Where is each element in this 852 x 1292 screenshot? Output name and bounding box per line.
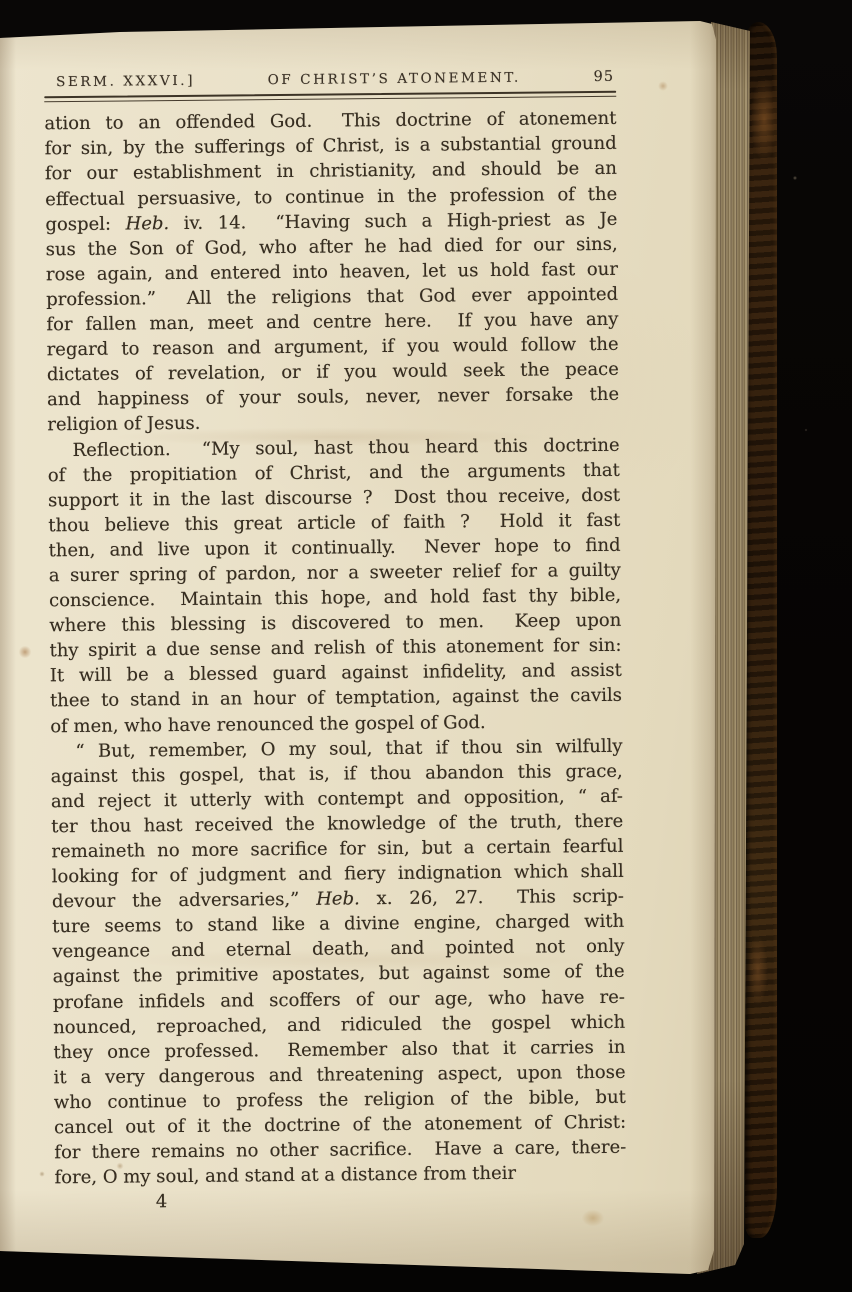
text-block: ation to an offended God. This doctrine … — [44, 106, 626, 1190]
page-number: 95 — [594, 69, 615, 85]
book-photo: SERM. XXXVI.] OF CHRIST’S ATONEMENT. 95 … — [0, 0, 852, 1292]
page-content: SERM. XXXVI.] OF CHRIST’S ATONEMENT. 95 … — [44, 69, 627, 1216]
book-cover-edge — [745, 22, 777, 1238]
running-head-sermon-number: SERM. XXXVI.] — [56, 73, 195, 90]
running-head-title: OF CHRIST’S ATONEMENT. — [268, 70, 521, 88]
